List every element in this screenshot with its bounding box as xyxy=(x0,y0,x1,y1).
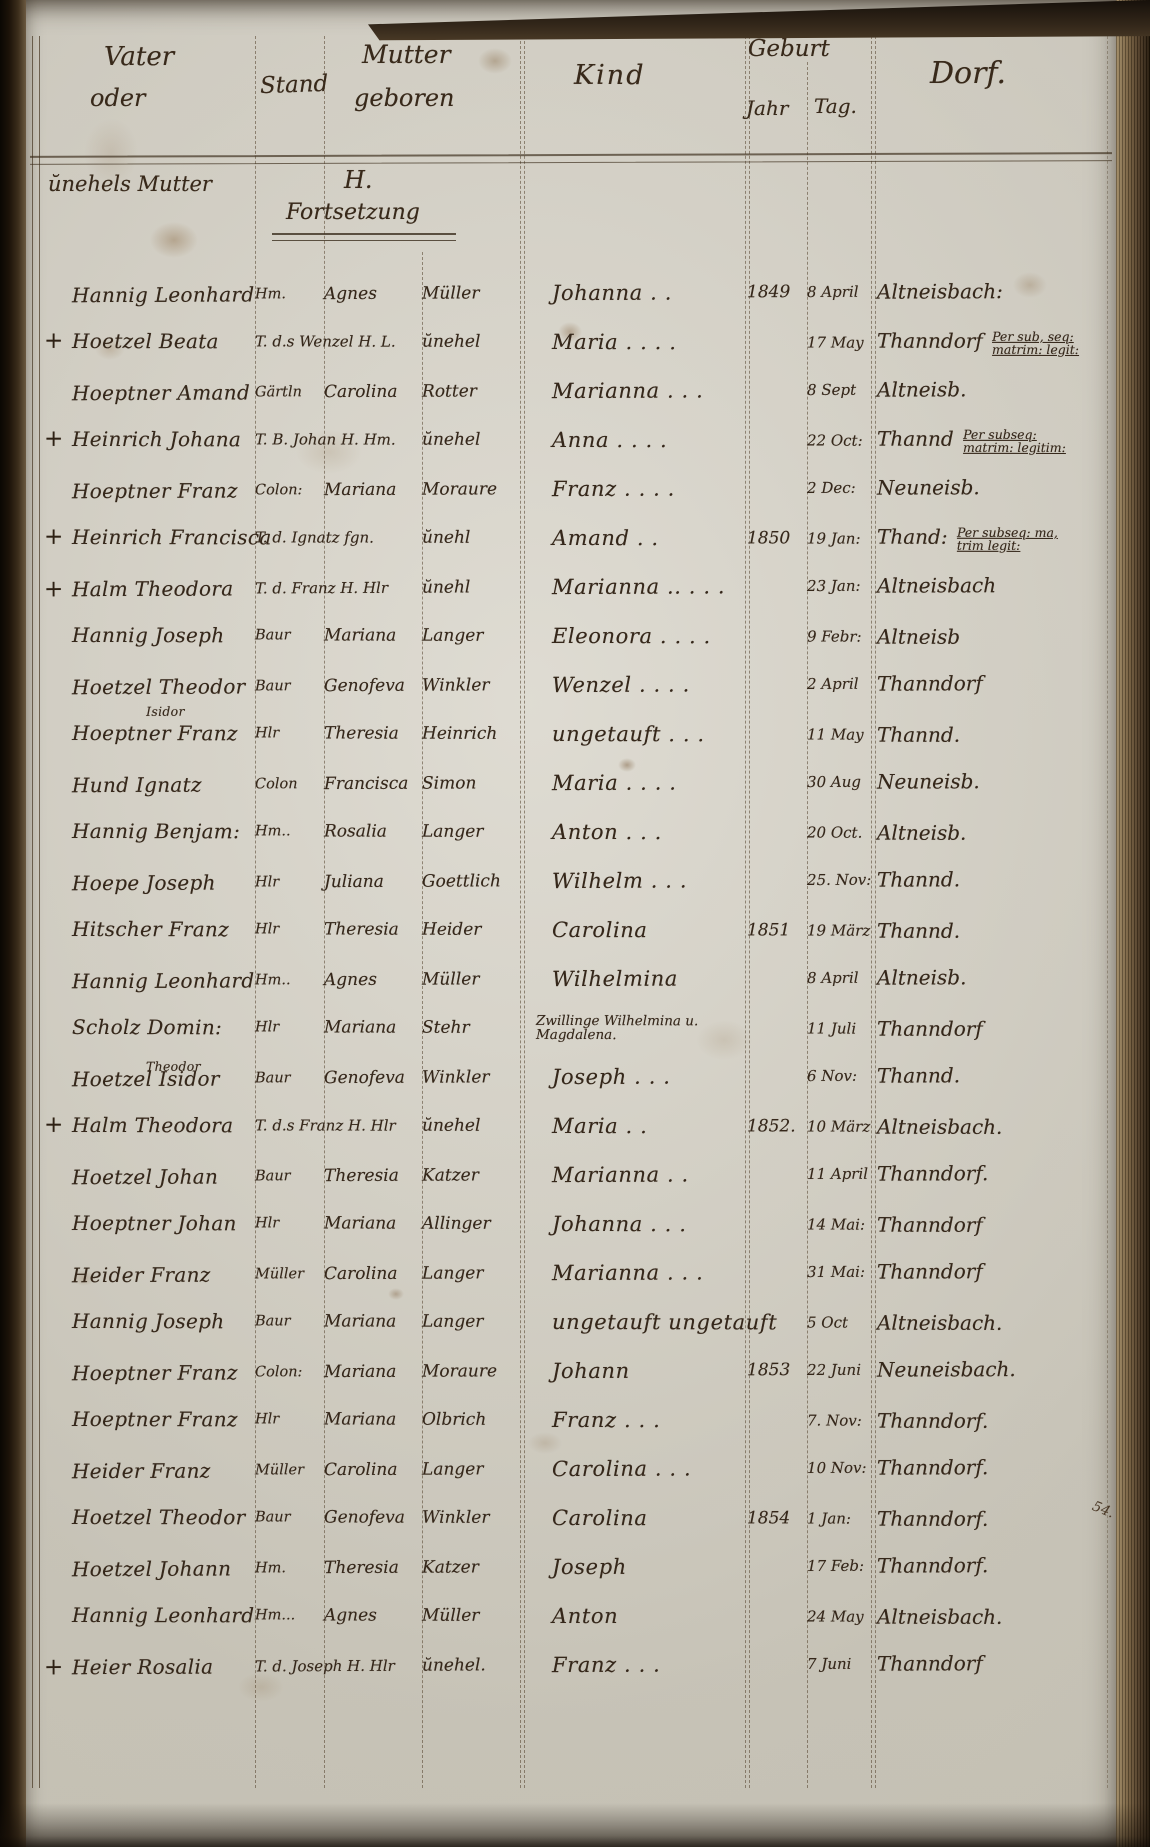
birth-day-cell: 10 März xyxy=(807,1117,873,1135)
birth-year-cell: 1852. xyxy=(747,1116,807,1136)
child-name-cell: Anton xyxy=(522,1603,747,1627)
village-cell: Thanndorf xyxy=(873,1650,1107,1675)
death-cross-mark: + xyxy=(42,1654,72,1680)
birth-day-cell: 7. Nov: xyxy=(807,1411,873,1429)
child-name-cell: Maria . . xyxy=(522,1113,747,1137)
village-cell: Thand: Per subseq: ma, trim legit: xyxy=(873,525,1107,552)
stand-cell: Müller xyxy=(255,1462,324,1478)
village-cell: Thanndorf. xyxy=(873,1552,1107,1577)
register-row: Hund Ignatz Colon Francisca Simon Maria … xyxy=(42,756,1107,810)
stand-cell: Baur xyxy=(255,1070,324,1086)
birth-day-cell: 11 Juli xyxy=(807,1019,873,1037)
child-name-cell: Marianna . . xyxy=(522,1162,747,1187)
death-cross-mark: + xyxy=(42,523,72,549)
village-name: Altneisbach. xyxy=(877,1310,1002,1334)
child-name-cell: Franz . . . xyxy=(522,1652,747,1677)
father-name: Heider Franz xyxy=(72,1458,211,1483)
father-name: Hoeptner Johan xyxy=(72,1210,237,1234)
header-father-oder: oder xyxy=(90,84,146,112)
stain xyxy=(478,48,512,74)
register-rows: Hannig Leonhard Hm. Agnes Müller Johanna… xyxy=(42,268,1107,1689)
stand-cell: T. d.s Franz H. Hlr xyxy=(255,1116,324,1134)
child-name-cell: Carolina xyxy=(522,1505,747,1529)
birth-day-cell: 19 März xyxy=(807,921,873,939)
village-cell: Altneisbach. xyxy=(873,1310,1107,1334)
birth-year-cell: 1849 xyxy=(747,281,807,301)
birth-day-cell: 10 Nov: xyxy=(807,1458,873,1476)
mother-given-name-cell: Carolina xyxy=(324,1459,422,1479)
mother-given-name-cell: Carolina xyxy=(324,381,422,401)
stand-cell: Hm. xyxy=(255,286,324,302)
mother-given-name-cell: Agnes xyxy=(324,1605,422,1625)
father-name: Hannig Joseph xyxy=(72,622,224,646)
child-name-cell: Eleonora . . . . xyxy=(522,623,747,647)
mother-given-name-cell: Mariana xyxy=(324,1017,422,1037)
stand-cell: Hm... xyxy=(255,1607,324,1623)
birth-day-cell: 8 April xyxy=(807,968,873,986)
death-cross-mark: + xyxy=(42,425,72,451)
child-name-cell: Marianna .. . . . xyxy=(522,574,747,599)
header-child: Kind xyxy=(574,60,645,91)
village-name: Thannd. xyxy=(877,918,960,942)
birth-day-cell: 9 Febr: xyxy=(807,627,873,645)
village-cell: Neuneisb. xyxy=(873,474,1107,499)
header-village: Dorf. xyxy=(930,56,1006,91)
register-row: Hoetzel Isidor Theodor Baur Genofeva Win… xyxy=(42,1050,1107,1104)
mother-surname-cell: Langer xyxy=(422,1459,522,1479)
child-name-cell: Johann xyxy=(522,1358,747,1383)
village-cell: Neuneisb. xyxy=(873,768,1107,793)
village-name: Altneisbach xyxy=(877,573,996,598)
father-name: Halm Theodora xyxy=(72,1112,233,1136)
birth-day-cell: 24 May xyxy=(807,1607,873,1625)
birth-day-cell: 25. Nov: xyxy=(807,870,873,888)
father-name-cell: Heinrich Johana xyxy=(72,426,255,450)
mother-given-name-cell: Genofeva xyxy=(324,1067,422,1087)
register-row: Hannig Leonhard Hm.. Agnes Müller Wilhel… xyxy=(42,952,1107,1006)
village-name: Neuneisb. xyxy=(877,475,980,499)
village-name: Thanndorf. xyxy=(877,1506,988,1530)
mother-given-name-cell: Mariana xyxy=(324,479,422,499)
child-name-cell: Amand . . xyxy=(522,525,747,549)
header-birth-year: Jahr xyxy=(746,96,788,120)
stand-cell: T. d.s Wenzel H. L. xyxy=(255,332,324,350)
village-name: Altneisb. xyxy=(877,377,967,401)
child-name-cell: Anton . . . xyxy=(522,819,747,843)
father-name-cell: Halm Theodora xyxy=(72,576,255,601)
child-name-cell: Wilhelm . . . xyxy=(522,868,747,893)
subheader-heading: H. xyxy=(344,166,373,194)
father-name: Hannig Joseph xyxy=(72,1308,224,1332)
birth-day-cell: 5 Oct xyxy=(807,1313,873,1331)
father-name-cell: Hitscher Franz xyxy=(72,916,255,940)
mother-surname-cell: Winkler xyxy=(422,1507,522,1527)
village-cell: Altneisb. xyxy=(873,820,1107,844)
mother-given-name-cell: Theresia xyxy=(324,1557,422,1577)
birth-day-cell: 11 May xyxy=(807,725,873,743)
father-name: Hannig Leonhard xyxy=(72,968,254,993)
stand-cell: Hm.. xyxy=(255,823,324,839)
mother-surname-cell: Langer xyxy=(422,1263,522,1283)
stand-cell: Colon: xyxy=(255,1364,324,1380)
father-name-cell: Hoetzel Isidor Theodor xyxy=(72,1066,255,1091)
father-name: Hoetzel Theodor xyxy=(72,1504,246,1528)
child-name-cell: Franz . . . . xyxy=(522,476,747,501)
register-row: Hannig Joseph Baur Mariana Langer Eleono… xyxy=(42,610,1107,661)
father-name: Hannig Leonhard xyxy=(72,282,254,307)
village-name: Thanndorf. xyxy=(877,1408,988,1432)
village-name: Thanndorf xyxy=(877,671,983,695)
village-cell: Altneisb xyxy=(873,624,1107,648)
mother-given-name-cell: Agnes xyxy=(324,283,422,303)
register-row: Heider Franz Müller Carolina Langer Mari… xyxy=(42,1246,1107,1300)
mother-given-name-cell: Rosalia xyxy=(324,821,422,841)
register-row: Hannig Leonhard Hm... Agnes Müller Anton… xyxy=(42,1590,1107,1641)
birth-day-cell: 19 Jan: xyxy=(807,529,873,547)
page-bottom-shadow xyxy=(0,1803,1150,1847)
birth-day-cell: 6 Nov: xyxy=(807,1066,873,1084)
village-name: Thanndorf xyxy=(877,1212,983,1236)
father-name: Scholz Domin: xyxy=(72,1014,222,1038)
register-row: + Halm Theodora T. d.s Franz H. Hlr ŭneh… xyxy=(42,1100,1107,1151)
village-name: Thanndorf xyxy=(877,1259,983,1283)
village-cell: Thanndorf. xyxy=(873,1506,1107,1530)
birth-day-cell: 22 Oct: xyxy=(807,431,873,449)
register-row: + Heinrich Johana T. B. Johan H. Hm. ŭne… xyxy=(42,414,1107,465)
father-name: Hund Ignatz xyxy=(72,772,202,797)
father-name-cell: Scholz Domin: xyxy=(72,1014,255,1038)
register-row: + Halm Theodora T. d. Franz H. Hlr ŭnehl… xyxy=(42,560,1107,614)
header-divider-rule xyxy=(30,152,1112,165)
father-name-cell: Hannig Leonhard xyxy=(72,282,255,307)
father-name: Hoeptner Franz xyxy=(72,1406,238,1430)
child-name-cell: Zwillinge Wilhelmina u. Magdalena. xyxy=(522,1013,747,1041)
mother-given-name-cell: Theresia xyxy=(324,919,422,939)
father-name: Hoetzel Beata xyxy=(72,328,219,352)
village-cell: Altneisb. xyxy=(873,376,1107,401)
register-row: Hoeptner Franz Colon: Mariana Moraure Fr… xyxy=(42,462,1107,516)
village-name: Altneisb. xyxy=(877,965,967,989)
mother-surname-cell: Goettlich xyxy=(422,871,522,891)
village-name: Thannd. xyxy=(877,1063,960,1087)
village-name: Altneisb. xyxy=(877,820,966,844)
child-name-cell: Maria . . . . xyxy=(522,329,747,353)
birth-day-cell: 2 Dec: xyxy=(807,478,873,496)
mother-surname-cell: Moraure xyxy=(422,1361,522,1381)
child-name-cell: Wilhelmina xyxy=(522,966,747,991)
father-name-cell: Hannig Joseph xyxy=(72,1308,255,1332)
father-name-cell: Hoetzel Theodor Isidor xyxy=(72,674,255,699)
register-row: Hoepe Joseph Hlr Juliana Goettlich Wilhe… xyxy=(42,854,1107,908)
register-row: + Heier Rosalia T. d. Joseph H. Hlr ŭneh… xyxy=(42,1638,1107,1692)
subheader-continuation: Fortsetzung xyxy=(286,200,420,225)
mother-surname-cell: Winkler xyxy=(422,1067,522,1087)
birth-day-cell: 8 Sept xyxy=(807,380,873,398)
stain xyxy=(150,222,198,258)
birth-day-cell: 17 May xyxy=(807,333,873,351)
register-row: + Hoetzel Beata T. d.s Wenzel H. L. ŭneh… xyxy=(42,316,1107,367)
death-cross-mark: + xyxy=(42,327,72,353)
birth-day-cell: 14 Mai: xyxy=(807,1215,873,1233)
register-row: Hannig Benjam: Hm.. Rosalia Langer Anton… xyxy=(42,806,1107,857)
register-row: Hoeptner Franz Colon: Mariana Moraure Jo… xyxy=(42,1344,1107,1398)
margin-rule xyxy=(1107,36,1108,1788)
page-stack-fore-edge xyxy=(1116,0,1150,1847)
mother-surname-cell: Moraure xyxy=(422,479,522,499)
paper-sheet: Vater oder Stand Mutter geboren Kind Geb… xyxy=(24,0,1120,1847)
father-name-cell: Hoetzel Beata xyxy=(72,328,255,352)
village-name: Thannd. xyxy=(877,722,960,746)
register-row: Scholz Domin: Hlr Mariana Stehr Zwilling… xyxy=(42,1002,1107,1053)
village-name: Thannd. xyxy=(877,867,960,891)
mother-surname-cell: Langer xyxy=(422,1311,522,1331)
mother-surname-cell: Katzer xyxy=(422,1557,522,1577)
village-name: Thanndorf xyxy=(877,1016,983,1040)
father-name-cell: Hoeptner Amand xyxy=(72,380,255,405)
register-row: Heider Franz Müller Carolina Langer Caro… xyxy=(42,1442,1107,1496)
register-row: Hoetzel Theodor Baur Genofeva Winkler Ca… xyxy=(42,1492,1107,1543)
mother-surname-cell: Stehr xyxy=(422,1017,522,1037)
subheader-unwed-mother-note: ŭnehels Mutter xyxy=(48,172,212,196)
birth-year-cell: 1853 xyxy=(747,1359,807,1379)
father-name-cell: Hannig Joseph xyxy=(72,622,255,646)
stand-cell: Hm. xyxy=(255,1560,324,1576)
stand-cell: T. d. Joseph H. Hlr xyxy=(255,1657,324,1675)
stand-cell: T. d. Ignatz fgn. xyxy=(255,528,324,546)
village-cell: Thanndorf. xyxy=(873,1160,1107,1185)
mother-surname-cell: ŭnehel xyxy=(422,429,522,449)
register-row: Hoetzel Johan Baur Theresia Katzer Maria… xyxy=(42,1148,1107,1202)
child-name-cell: Joseph . . . xyxy=(522,1064,747,1089)
mother-given-name-cell: Mariana xyxy=(324,1213,422,1233)
child-name-cell: Marianna . . . xyxy=(522,1260,747,1285)
stand-cell: Gärtln xyxy=(255,384,324,400)
mother-given-name-cell: Francisca xyxy=(324,773,422,793)
father-name: Hitscher Franz xyxy=(72,916,229,940)
father-name: Hannig Leonhard xyxy=(72,1602,254,1626)
stand-cell: T. d. Franz H. Hlr xyxy=(255,579,324,597)
child-name-cell: Maria . . . . xyxy=(522,770,747,795)
village-name: Thanndorf xyxy=(877,329,983,353)
birth-day-cell: 30 Aug xyxy=(807,772,873,790)
father-name-cell: Hannig Leonhard xyxy=(72,1602,255,1626)
mother-given-name-cell: Genofeva xyxy=(324,675,422,695)
stand-cell: Hlr xyxy=(255,1215,324,1231)
register-row: + Heinrich Francisca T. d. Ignatz fgn. ŭ… xyxy=(42,512,1107,563)
birth-day-cell: 22 Juni xyxy=(807,1360,873,1378)
birth-year-cell: 1851 xyxy=(747,920,807,940)
mother-given-name-cell: Carolina xyxy=(324,1263,422,1283)
village-cell: Neuneisbach. xyxy=(873,1356,1107,1381)
village-name: Altneisb xyxy=(877,624,960,648)
mother-surname-cell: Heinrich xyxy=(422,723,522,743)
birth-day-cell: 17 Feb: xyxy=(807,1556,873,1574)
continuation-underline xyxy=(272,233,456,241)
father-name: Hoetzel Johann xyxy=(72,1556,231,1581)
village-cell: Thanndorf xyxy=(873,1258,1107,1283)
mother-surname-cell: Langer xyxy=(422,625,522,645)
mother-surname-cell: Rotter xyxy=(422,381,522,401)
village-name: Thanndorf. xyxy=(877,1161,988,1185)
child-name-cell: Wenzel . . . . xyxy=(522,672,747,697)
father-name: Heider Franz xyxy=(72,1262,211,1287)
stand-cell: Hlr xyxy=(255,1411,324,1427)
father-name: Heier Rosalia xyxy=(72,1654,213,1679)
father-name-cell: Heider Franz xyxy=(72,1458,255,1483)
father-name-cell: Hoeptner Franz xyxy=(72,478,255,503)
village-name: Thannd xyxy=(877,427,954,451)
mother-given-name-cell: Theresia xyxy=(324,723,422,743)
mother-given-name-cell: Mariana xyxy=(324,1361,422,1381)
father-name: Hoetzel Johan xyxy=(72,1164,218,1189)
mother-surname-cell: Allinger xyxy=(422,1213,522,1233)
mother-surname-cell: Winkler xyxy=(422,675,522,695)
death-cross-mark: + xyxy=(42,576,72,602)
register-row: Hoeptner Franz Hlr Theresia Heinrich ung… xyxy=(42,708,1107,759)
birth-day-cell: 20 Oct. xyxy=(807,823,873,841)
village-cell: Thanndorf xyxy=(873,1212,1107,1236)
village-cell: Thannd. xyxy=(873,918,1107,942)
village-cell: Thanndorf. xyxy=(873,1408,1107,1432)
father-name-cell: Hoetzel Theodor xyxy=(72,1504,255,1528)
register-row: Hoetzel Theodor Isidor Baur Genofeva Win… xyxy=(42,658,1107,712)
header-father: Vater xyxy=(104,42,174,72)
mother-surname-cell: Müller xyxy=(422,283,522,303)
child-name-cell: Carolina xyxy=(522,917,747,941)
village-name: Altneisbach: xyxy=(877,279,1003,304)
father-name: Hoeptner Amand xyxy=(72,380,250,405)
column-rule xyxy=(39,36,40,1788)
birth-year-cell: 1850 xyxy=(747,528,807,548)
father-name: Hoepe Joseph xyxy=(72,870,216,895)
father-name-cell: Hoeptner Franz xyxy=(72,1406,255,1430)
header-stand: Stand xyxy=(260,71,329,99)
father-name-cell: Heier Rosalia xyxy=(72,1654,255,1679)
child-name-cell: Anna . . . . xyxy=(522,427,747,451)
stand-cell: Baur xyxy=(255,1313,324,1329)
birth-day-cell: 2 April xyxy=(807,674,873,692)
father-name: Hoeptner Franz xyxy=(72,720,238,744)
village-name: Altneisbach. xyxy=(877,1604,1002,1628)
register-row: Hannig Joseph Baur Mariana Langer ungeta… xyxy=(42,1296,1107,1347)
village-cell: Thannd. xyxy=(873,866,1107,891)
mother-given-name-cell: Genofeva xyxy=(324,1507,422,1527)
father-name-cell: Hoetzel Johann xyxy=(72,1556,255,1581)
legitimation-note: Per subseq: matrim: legitim: xyxy=(963,428,1081,454)
birth-day-cell: 8 April xyxy=(807,282,873,300)
header-birth-day: Tag. xyxy=(814,94,857,118)
father-correction-note: Theodor xyxy=(146,1058,201,1073)
village-cell: Altneisbach. xyxy=(873,1604,1107,1628)
mother-surname-cell: ŭnehl xyxy=(422,577,522,597)
child-name-cell: Carolina . . . xyxy=(522,1456,747,1481)
stand-cell: Hlr xyxy=(255,1019,324,1035)
mother-given-name-cell: Juliana xyxy=(324,871,422,891)
village-cell: Thannd Per subseq: matrim: legitim: xyxy=(873,427,1107,454)
father-name: Heinrich Johana xyxy=(72,426,241,450)
village-cell: Thanndorf. xyxy=(873,1454,1107,1479)
mother-given-name-cell: Theresia xyxy=(324,1165,422,1185)
mother-given-name-cell: Mariana xyxy=(324,1311,422,1331)
birth-day-cell: 1 Jan: xyxy=(807,1509,873,1527)
father-name: Heinrich Francisca xyxy=(72,524,272,548)
village-name: Thanndorf. xyxy=(877,1455,988,1479)
father-name: Hannig Benjam: xyxy=(72,818,240,842)
father-name-cell: Hannig Leonhard xyxy=(72,968,255,993)
mother-surname-cell: ŭnehel. xyxy=(422,1655,522,1675)
father-name-cell: Hoeptner Franz xyxy=(72,720,255,744)
stand-cell: T. B. Johan H. Hm. xyxy=(255,430,324,448)
child-name-cell: Johanna . . xyxy=(522,280,747,305)
father-name-cell: Hoetzel Johan xyxy=(72,1164,255,1189)
register-row: Hoeptner Johan Hlr Mariana Allinger Joha… xyxy=(42,1198,1107,1249)
stand-cell: Hlr xyxy=(255,874,324,890)
father-name-cell: Heider Franz xyxy=(72,1262,255,1287)
child-name-cell: Johanna . . . xyxy=(522,1211,747,1235)
father-name: Hoetzel Theodor xyxy=(72,674,246,699)
father-name-cell: Halm Theodora xyxy=(72,1112,255,1136)
mother-surname-cell: Katzer xyxy=(422,1165,522,1185)
register-row: Hoetzel Johann Hm. Theresia Katzer Josep… xyxy=(42,1540,1107,1594)
village-cell: Altneisbach. xyxy=(873,1114,1107,1138)
father-name-cell: Hoeptner Johan xyxy=(72,1210,255,1234)
father-name: Hoeptner Franz xyxy=(72,478,238,503)
village-cell: Thannd. xyxy=(873,1062,1107,1087)
legitimation-note: Per sub, seq: matrim: legit: xyxy=(992,330,1110,356)
village-cell: Altneisb. xyxy=(873,964,1107,989)
mother-surname-cell: Müller xyxy=(422,1605,522,1625)
stand-cell: Baur xyxy=(255,1168,324,1184)
mother-surname-cell: Langer xyxy=(422,821,522,841)
child-name-cell: ungetauft ungetauft xyxy=(522,1309,747,1333)
register-row: Hitscher Franz Hlr Theresia Heider Carol… xyxy=(42,904,1107,955)
village-name: Thanndorf. xyxy=(877,1553,988,1577)
birth-day-cell: 7 Juni xyxy=(807,1654,873,1672)
village-cell: Altneisbach: xyxy=(873,278,1107,303)
stand-cell: Hlr xyxy=(255,725,324,741)
mother-surname-cell: ŭnehel xyxy=(422,1115,522,1135)
stand-cell: Baur xyxy=(255,627,324,643)
father-name-cell: Hoepe Joseph xyxy=(72,870,255,895)
village-cell: Thanndorf Per sub, seq: matrim: legit: xyxy=(873,329,1107,356)
birth-day-cell: 11 April xyxy=(807,1164,873,1182)
mother-given-name-cell: Agnes xyxy=(324,969,422,989)
village-cell: Thanndorf xyxy=(873,1016,1107,1040)
book-binding-edge xyxy=(0,0,26,1847)
father-name-cell: Heinrich Francisca xyxy=(72,524,255,548)
father-name-cell: Hannig Benjam: xyxy=(72,818,255,842)
father-name-cell: Hoeptner Franz xyxy=(72,1360,255,1385)
village-name: Thand: xyxy=(877,525,948,549)
village-name: Thanndorf xyxy=(877,1651,983,1675)
stand-cell: Colon: xyxy=(255,482,324,498)
child-name-cell: Joseph xyxy=(522,1554,747,1579)
child-name-cell: Franz . . . xyxy=(522,1407,747,1431)
village-name: Neuneisbach. xyxy=(877,1357,1016,1382)
register-row: Hannig Leonhard Hm. Agnes Müller Johanna… xyxy=(42,266,1107,320)
header-mother: Mutter xyxy=(362,40,451,69)
mother-given-name-cell: Mariana xyxy=(324,625,422,645)
death-cross-mark: + xyxy=(42,1111,72,1137)
register-row: Hoeptner Franz Hlr Mariana Olbrich Franz… xyxy=(42,1394,1107,1445)
mother-surname-cell: ŭnehl xyxy=(422,527,522,547)
village-cell: Thannd. xyxy=(873,722,1107,746)
stand-cell: Hm.. xyxy=(255,972,324,988)
column-rule xyxy=(32,36,33,1788)
stand-cell: Baur xyxy=(255,678,324,694)
village-name: Neuneisb. xyxy=(877,769,980,793)
village-cell: Thanndorf xyxy=(873,670,1107,695)
